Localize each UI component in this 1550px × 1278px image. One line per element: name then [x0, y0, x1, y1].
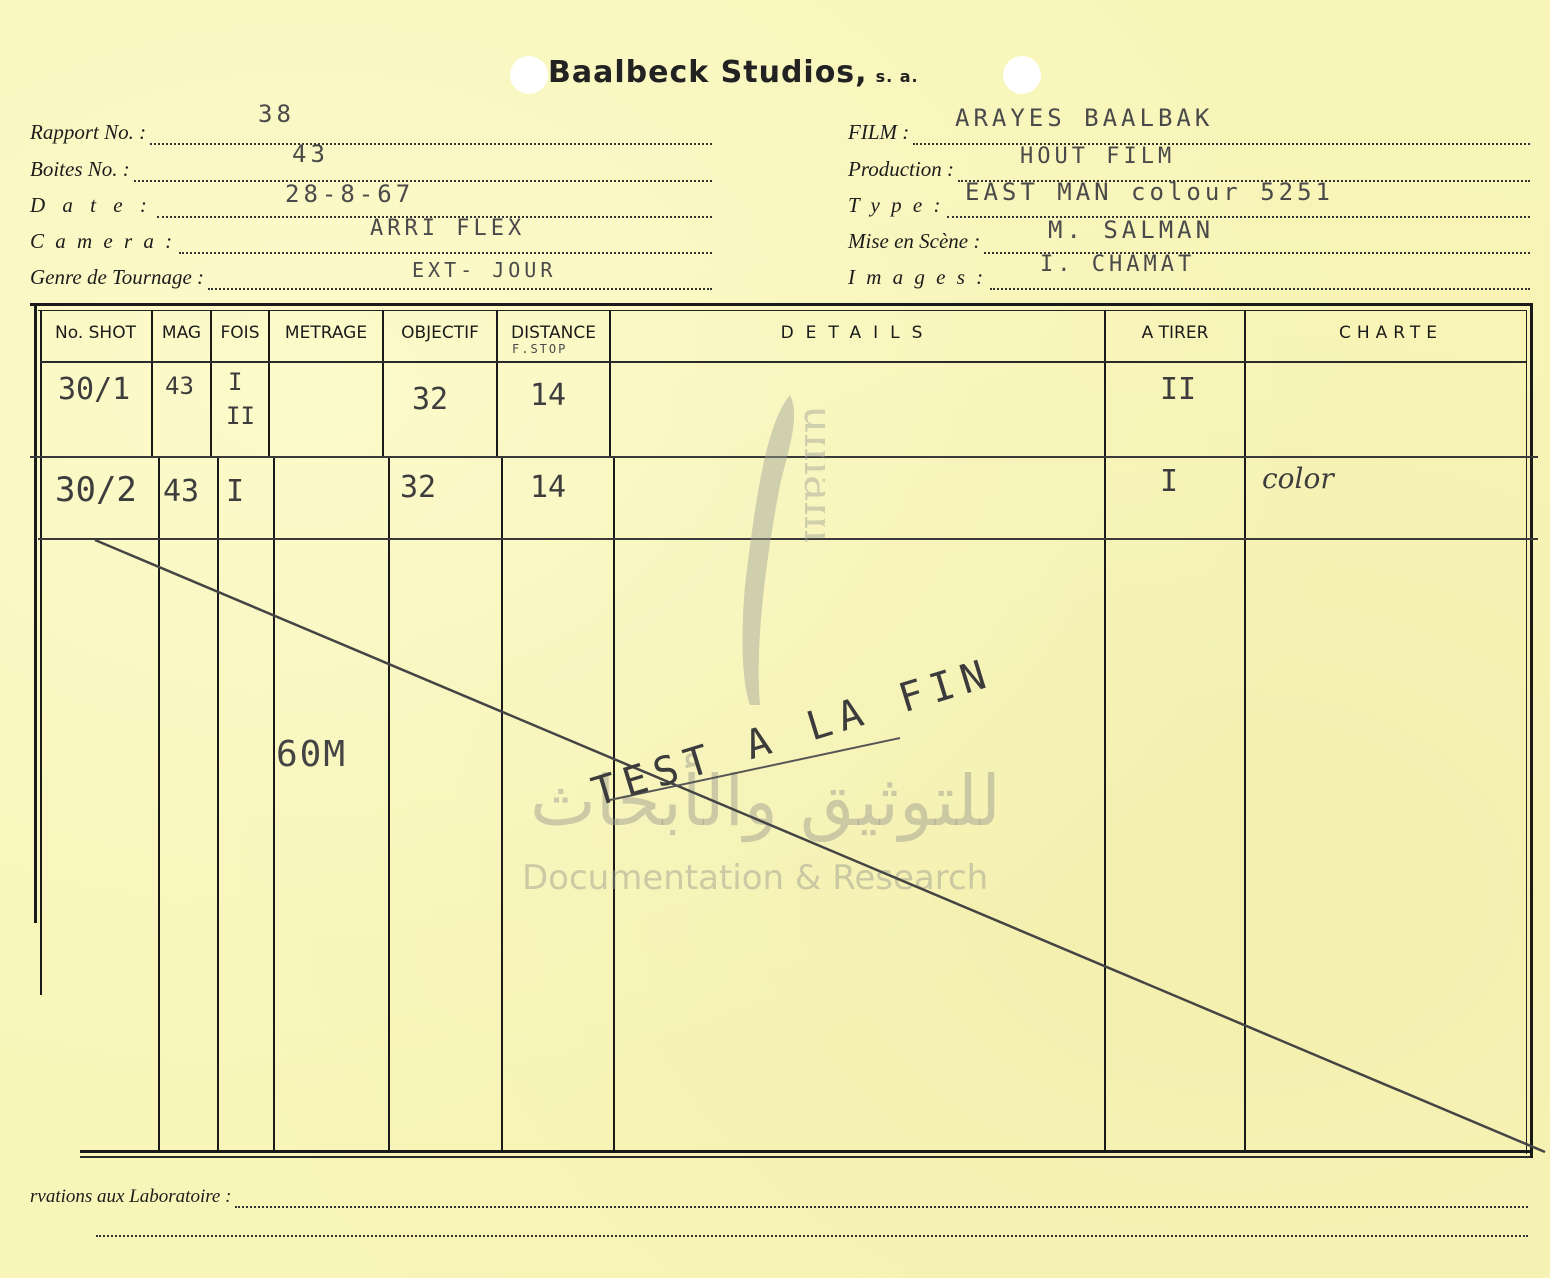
diagonal-strike-line	[0, 0, 1550, 1278]
observations-label: rvations aux Laboratoire :	[30, 1186, 231, 1208]
observations-line-2	[96, 1235, 1528, 1237]
field-observations: rvations aux Laboratoire :	[30, 1178, 1528, 1208]
field-line	[235, 1186, 1528, 1208]
metrage-note: 60M	[276, 734, 347, 775]
